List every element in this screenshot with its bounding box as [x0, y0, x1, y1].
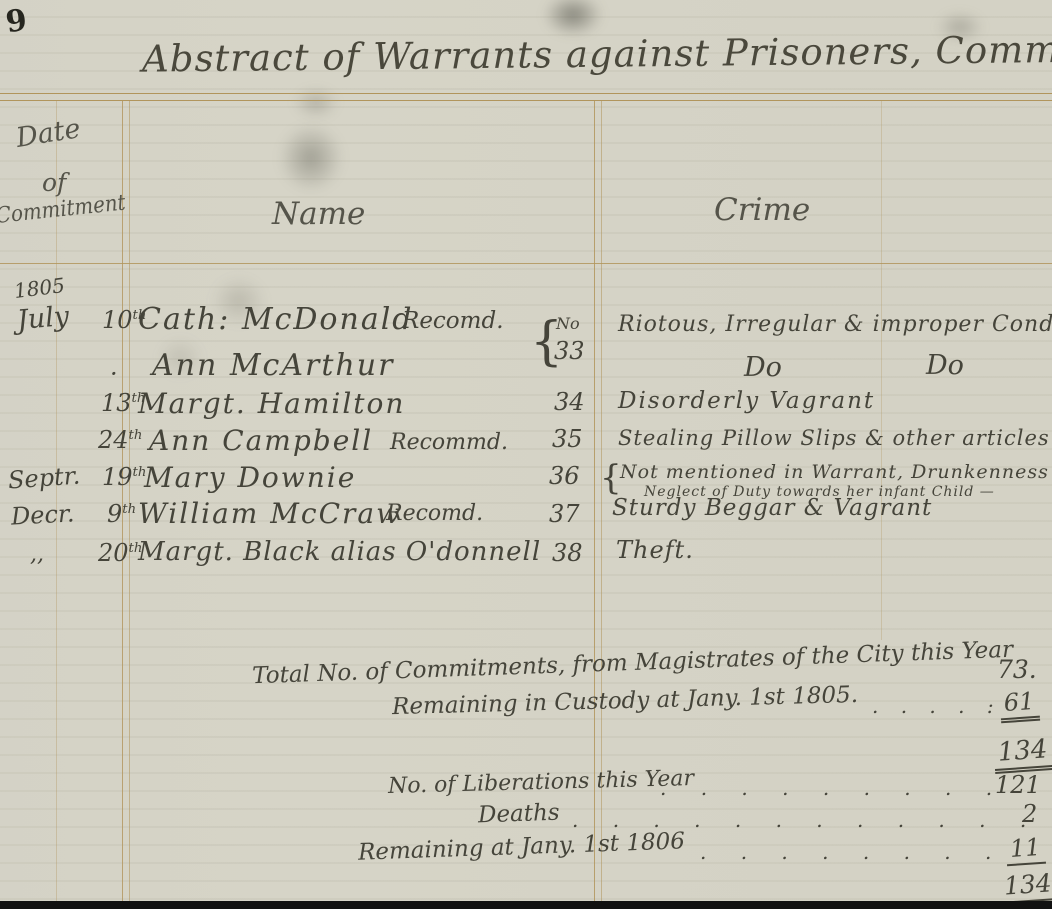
prisoner-name: Ann Campbell [149, 424, 373, 457]
summary-value: 2 [1022, 800, 1037, 828]
commit-day: 24th [98, 426, 142, 454]
page-title: Abstract of Warrants against Prisoners, … [142, 26, 1052, 80]
summary-subtotal: 134 [993, 734, 1052, 774]
ledger-page: 9 Abstract of Warrants against Prisoners… [0, 0, 1052, 909]
crime-text: Stealing Pillow Slips & other articles [618, 426, 1050, 450]
commit-day: · [110, 360, 118, 388]
prisoner-name: Margt. Black alias O'donnell [138, 537, 541, 567]
summary-value: 11 [1005, 833, 1046, 867]
crime-text: Riotous, Irregular & improper Conduct [618, 312, 1052, 337]
crime-text: Disorderly Vagrant [618, 388, 875, 414]
commit-day: 19th [102, 463, 146, 491]
warrant-number: 34 [554, 388, 585, 416]
ink-smudge [268, 112, 354, 204]
warrant-number: 36 [549, 462, 580, 490]
summary-label: Total No. of Commitments, from Magistrat… [252, 637, 1014, 690]
page-number: 9 [4, 3, 30, 41]
warrant-number: 37 [549, 500, 580, 528]
commit-day: 20th [98, 539, 142, 567]
summary-value: 121 [995, 771, 1041, 799]
summary-dot-leader: . . . . . . . . [700, 840, 1005, 864]
summary-total: 134 [999, 868, 1052, 904]
ledger-year: 1805 [13, 273, 66, 303]
summary-label: Deaths [478, 800, 560, 829]
crime-ditto: Do [926, 350, 964, 381]
scan-edge [0, 901, 1052, 909]
commit-month-ditto: ,, [30, 542, 44, 567]
crime-brace: { [600, 458, 622, 498]
warrant-no-label: No [556, 314, 580, 333]
warrant-number: 35 [552, 425, 583, 453]
header-bottom-rule [0, 263, 1052, 264]
column-header-date: Date [14, 113, 83, 154]
prisoner-name: Margt. Hamilton [138, 387, 405, 420]
column-header-commitment: Commitment [0, 190, 127, 228]
column-header-crime: Crime [714, 192, 810, 228]
summary-label: Remaining in Custody at Jany. 1st 1805. [392, 682, 859, 720]
crime-text: Sturdy Beggar & Vagrant [612, 495, 932, 521]
summary-dot-leader: . . . . . . . . . [660, 776, 1006, 800]
warrant-number: 38 [552, 539, 583, 567]
prisoner-name: Cath: McDonald [138, 302, 414, 337]
commit-day: 9th [107, 500, 136, 528]
summary-label: No. of Liberations this Year [388, 766, 695, 799]
column-rule [881, 100, 882, 640]
prisoner-name: William McCraw [138, 497, 402, 530]
summary-label: Remaining at Jany. 1st 1806 [358, 828, 686, 865]
table-top-rule [0, 93, 1052, 94]
crime-ditto: Do [744, 352, 782, 383]
recommendation-note: Recomd. [402, 308, 504, 334]
summary-dot-leader: . . . . : [872, 694, 1002, 718]
warrant-number: 33 [554, 337, 585, 365]
commit-month: Decr. [10, 499, 75, 530]
crime-text: Not mentioned in Warrant, Drunkenness & … [620, 461, 1052, 483]
column-header-name: Name [272, 196, 365, 232]
summary-dot-leader: . . . . . . . . . . . . . [572, 808, 1052, 832]
ink-smudge [286, 82, 346, 124]
crime-text: Theft. [616, 536, 694, 564]
prisoner-name: Ann McArthur [152, 348, 394, 383]
table-top-rule-2 [0, 100, 1052, 101]
recommendation-note: Recommd. [390, 430, 508, 455]
commit-month: July [16, 301, 71, 336]
recommendation-note: Recomd. [386, 501, 483, 526]
commit-month: Septr. [7, 462, 81, 495]
column-header-date-of: of [42, 168, 66, 197]
prisoner-name: Mary Downie [144, 461, 356, 494]
summary-value: 73. [997, 655, 1037, 684]
summary-value: 61 [999, 687, 1040, 724]
